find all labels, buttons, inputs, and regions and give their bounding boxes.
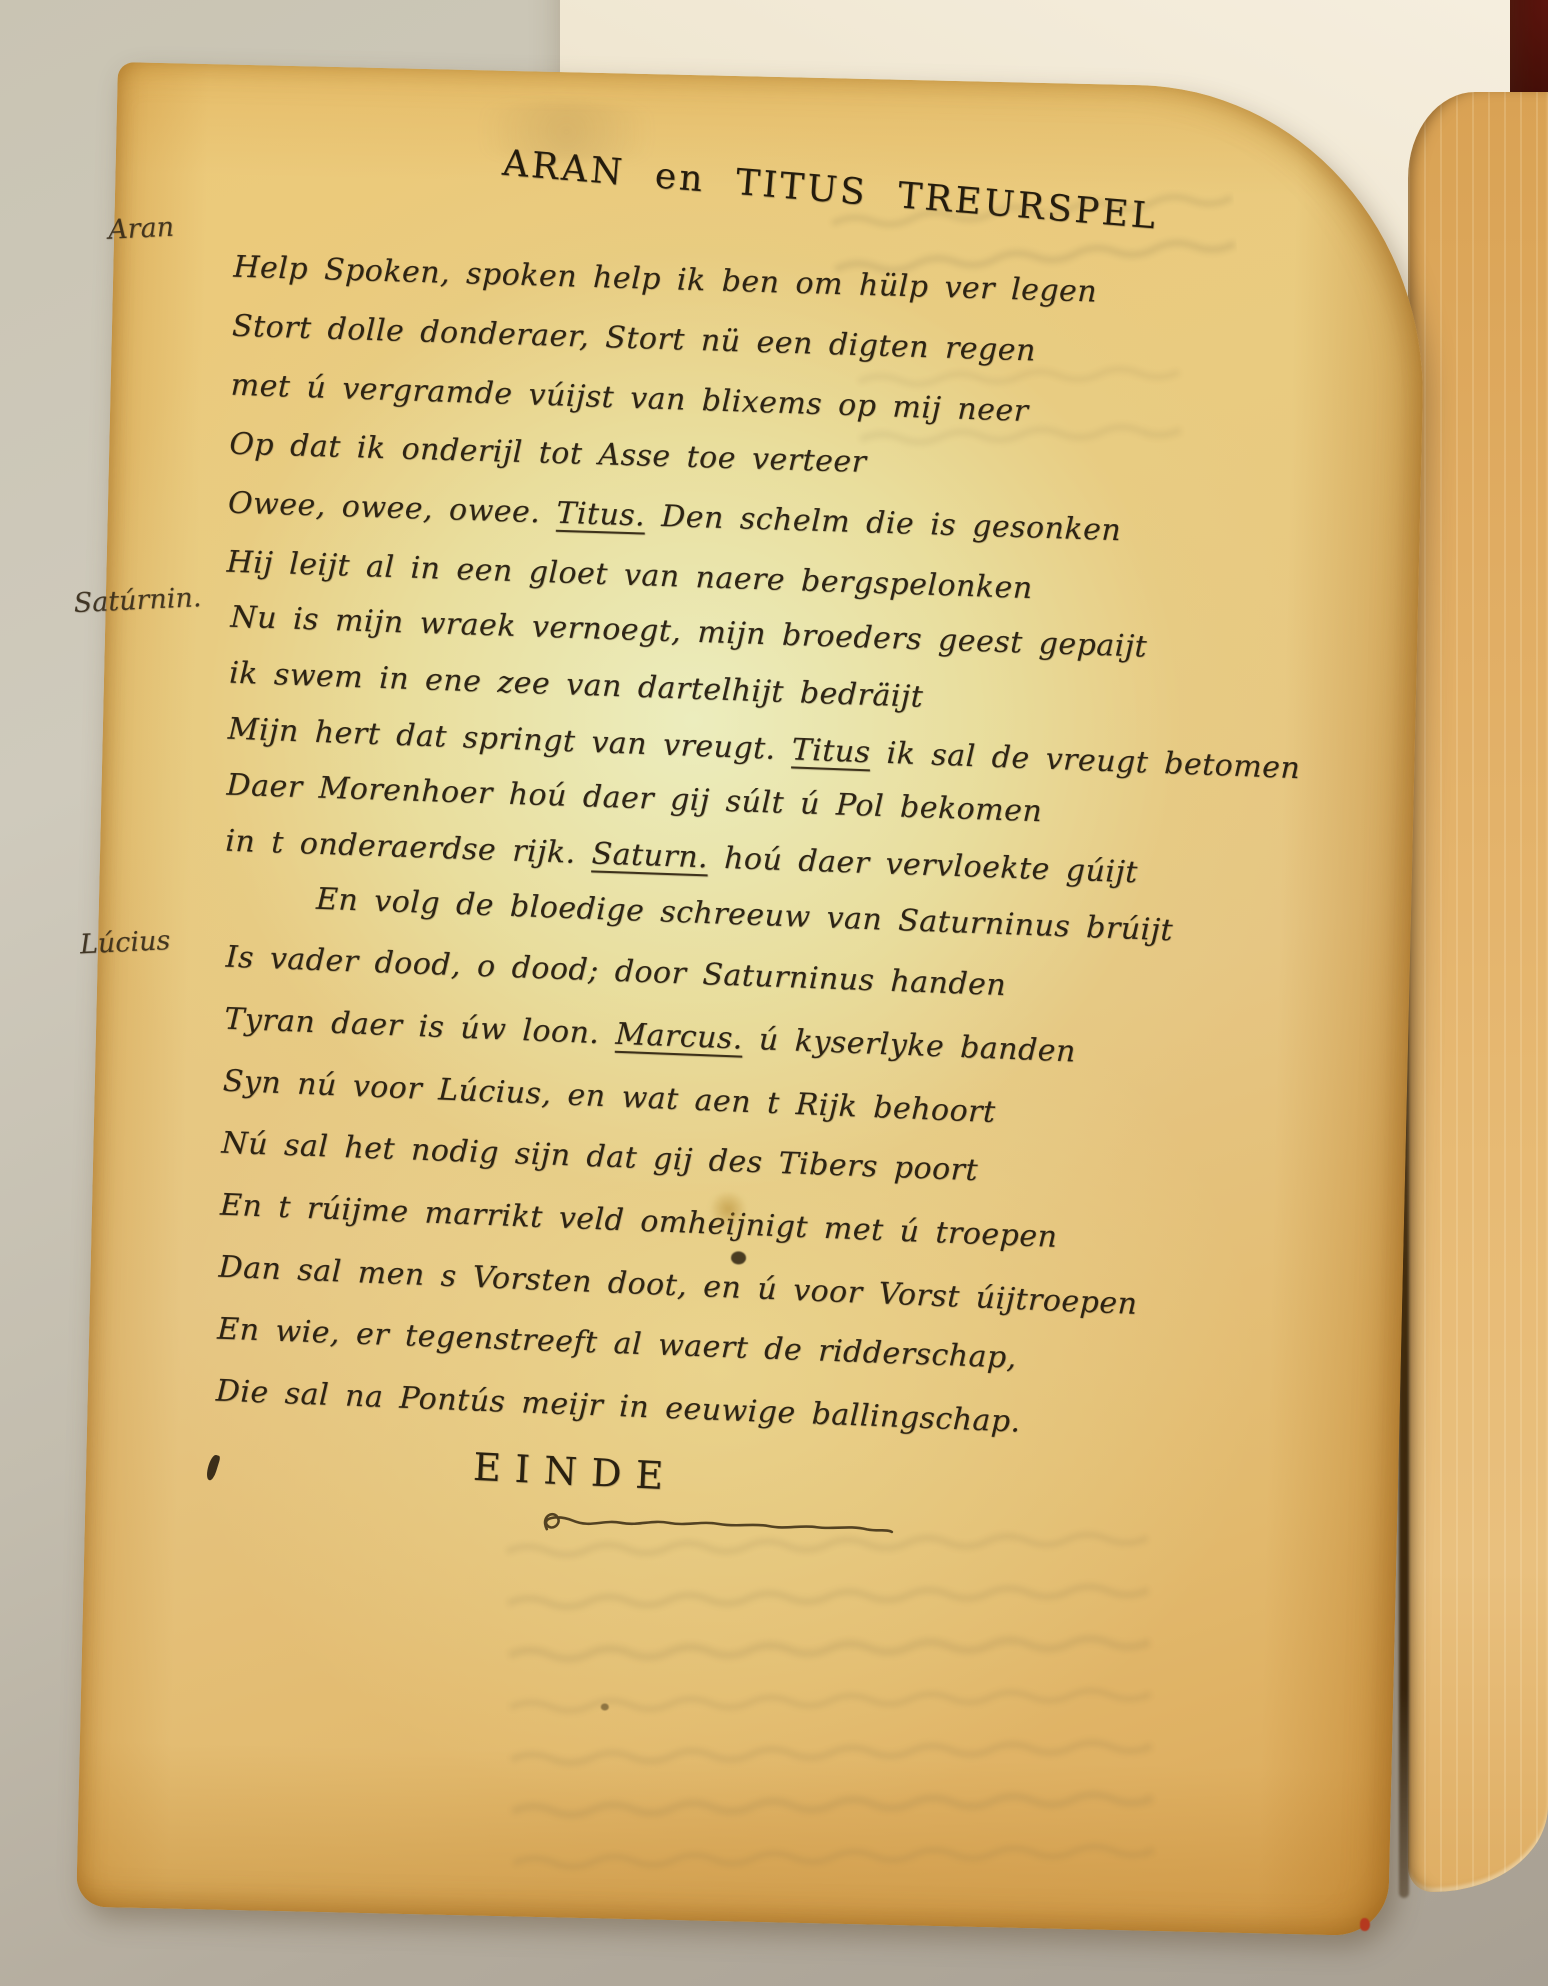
speaker-label: Aran — [107, 212, 174, 246]
verse-text: Owee, owee, owee. — [227, 486, 556, 531]
bleed-through-bottom-area — [499, 1520, 1167, 1914]
bleed-through-stroke — [511, 1741, 1151, 1763]
einde-flourish — [536, 1505, 897, 1555]
red-paint-speck — [1360, 1918, 1370, 1931]
verse-line: Owee, owee, owee. Titus. Den schelm die … — [227, 486, 1121, 549]
verse-line: Stort dolle donderaer, Stort nü een digt… — [231, 309, 1036, 369]
verse-text: ú kyserlyke banden — [742, 1022, 1076, 1070]
bleed-through-stroke — [832, 193, 1232, 228]
verse-text: Op dat ik onderijl tot Asse toe verteer — [229, 427, 867, 480]
verse-text: Syn nú voor Lúcius, en wat aen t Rijk be… — [222, 1064, 996, 1130]
verse-text: En wie, er tegenstreeft al waert de ridd… — [217, 1312, 1018, 1376]
right-page-stack-edge — [1408, 92, 1548, 1892]
einde-label: EINDE — [472, 1445, 678, 1499]
ink-blot — [731, 1251, 746, 1264]
verse-text: Stort dolle donderaer, Stort nü een digt… — [231, 309, 1036, 369]
bleed-through-stroke — [508, 1586, 1148, 1608]
verse-line: En wie, er tegenstreeft al waert de ridd… — [217, 1312, 1018, 1376]
ink-mark-comma — [204, 1454, 220, 1482]
bleed-through-stroke — [509, 1637, 1149, 1659]
bleed-through-stroke — [512, 1793, 1152, 1815]
verse-text: ik swem in ene zee van dartelhijt bedräi… — [229, 656, 924, 715]
verse-line: En volg de bloedige schreeuw van Saturni… — [315, 882, 1173, 949]
verse-text: Nú sal het nodig sijn dat gij des Tibers… — [221, 1126, 979, 1189]
bleed-through-stroke — [514, 1845, 1154, 1867]
verse-line: Tyran daer is úw loon. Marcus. ú kyserly… — [224, 1002, 1077, 1070]
verse-line: Die sal na Pontús meijr in eeuwige balli… — [215, 1374, 1021, 1440]
verse-text: in t onderaerdse rijk. — [225, 824, 593, 872]
verse-line: in t onderaerdse rijk. Saturn. hoú daer … — [225, 824, 1139, 891]
verse-line: Is vader dood, o dood; door Saturninus h… — [225, 940, 1007, 1003]
verse-line: En t rúijme marrikt veld omheijnigt met … — [219, 1188, 1058, 1255]
verse-line: Op dat ik onderijl tot Asse toe verteer — [229, 427, 867, 480]
book-photo-scene: ARAN en TITUS TREURSPEL AranHelp Spoken,… — [0, 0, 1548, 1986]
underlined-name: Marcus. — [615, 1017, 744, 1057]
verse-text: Tyran daer is úw loon. — [224, 1002, 616, 1052]
verse-line: Nu is mijn wraek vernoegt, mijn broeders… — [230, 600, 1148, 665]
verse-text: Is vader dood, o dood; door Saturninus h… — [225, 940, 1007, 1003]
verse-text: Hij leijt al in een gloet van naere berg… — [226, 545, 1033, 607]
verse-text: Mijn hert dat springt van vreugt. — [227, 712, 792, 768]
verse-line: Dan sal men s Vorsten doot, en ú voor Vo… — [218, 1250, 1138, 1322]
verse-text: Dan sal men s Vorsten doot, en ú voor Vo… — [218, 1250, 1138, 1322]
verse-line: Nú sal het nodig sijn dat gij des Tibers… — [221, 1126, 979, 1189]
speaker-label: Satúrnin. — [73, 582, 202, 619]
verse-line: Syn nú voor Lúcius, en wat aen t Rijk be… — [222, 1064, 996, 1130]
verse-text: Nu is mijn wraek vernoegt, mijn broeders… — [230, 600, 1148, 665]
verse-text: ik sal de vreugt betomen — [870, 735, 1301, 786]
verse-text: En t rúijme marrikt veld omheijnigt met … — [219, 1188, 1058, 1255]
flourish-stroke — [545, 1514, 892, 1537]
verse-line: Daer Morenhoer hoú daer gij súlt ú Pol b… — [226, 768, 1043, 830]
verse-text: En volg de bloedige schreeuw van Saturni… — [315, 882, 1173, 949]
verse-line: Hij leijt al in een gloet van naere berg… — [226, 545, 1033, 607]
underlined-name: Saturn. — [591, 836, 709, 875]
verse-text: hoú daer vervloekte gúijt — [708, 840, 1139, 890]
verse-line: ik swem in ene zee van dartelhijt bedräi… — [229, 656, 924, 715]
manuscript-page: ARAN en TITUS TREURSPEL AranHelp Spoken,… — [76, 62, 1430, 1936]
verse-text: Den schelm die is gesonken — [645, 499, 1122, 549]
underlined-name: Titus. — [556, 496, 646, 534]
verse-text: Daer Morenhoer hoú daer gij súlt ú Pol b… — [226, 768, 1043, 830]
bleed-through-stroke — [859, 367, 1179, 385]
speaker-label: Lúcius — [79, 925, 171, 960]
underlined-name: Titus — [791, 732, 871, 770]
verse-text: Die sal na Pontús meijr in eeuwige balli… — [215, 1374, 1021, 1440]
